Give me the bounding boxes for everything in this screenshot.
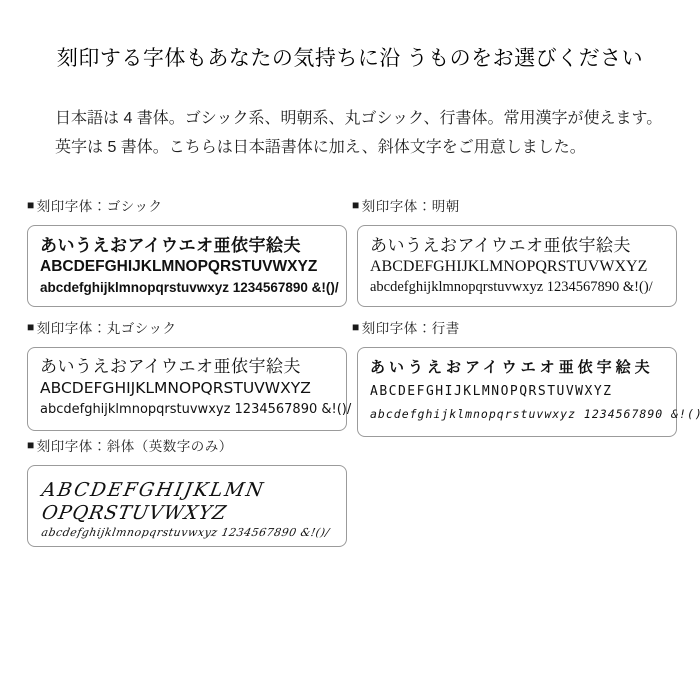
font-sample-gyosho: ■ 刻印字体：行書 あいうえおアイウエオ亜依宇絵夫 ABCDEFGHIJKLMN… xyxy=(357,318,677,437)
sample-line-japanese: あいうえおアイウエオ亜依宇絵夫 xyxy=(370,357,664,380)
sample-line-uppercase: ABCDEFGHIJKLMNOPQRSTUVWXYZ xyxy=(40,378,334,399)
sample-label-text: 刻印字体：ゴシック xyxy=(37,195,163,215)
sample-label-text: 刻印字体：丸ゴシック xyxy=(37,317,177,337)
sample-label-text: 刻印字体：斜体（英数字のみ） xyxy=(37,435,233,455)
sample-label-gothic: ■ 刻印字体：ゴシック xyxy=(27,196,347,213)
sample-line-uppercase: ABCDEFGHIJKLMNOPQRSTUVWXYZ xyxy=(40,256,334,277)
sample-label-text: 刻印字体：明朝 xyxy=(362,195,460,215)
square-bullet-icon: ■ xyxy=(352,198,360,212)
square-bullet-icon: ■ xyxy=(27,320,35,334)
sample-box-gyosho: あいうえおアイウエオ亜依宇絵夫 ABCDEFGHIJKLMNOPQRSTUVWX… xyxy=(357,347,677,437)
sample-line-uppercase: ABCDEFGHIJKLMNOPQRSTUVWXYZ xyxy=(370,380,664,403)
intro-text: 日本語は 4 書体。ゴシック系、明朝系、丸ゴシック、行書体。常用漢字が使えます。… xyxy=(55,104,655,162)
sample-line-lowercase: abcdefghijklmnopqrstuvwxyz 1234567890 &!… xyxy=(40,399,334,420)
sample-label-maru-gothic: ■ 刻印字体：丸ゴシック xyxy=(27,318,347,335)
sample-box-gothic: あいうえおアイウエオ亜依宇絵夫 ABCDEFGHIJKLMNOPQRSTUVWX… xyxy=(27,225,347,307)
sample-line-lowercase: abcdefghijklmnopqrstuvwxyz 1234567890 &!… xyxy=(370,403,664,426)
font-sample-maru-gothic: ■ 刻印字体：丸ゴシック あいうえおアイウエオ亜依宇絵夫 ABCDEFGHIJK… xyxy=(27,318,347,431)
sample-box-mincho: あいうえおアイウエオ亜依宇絵夫 ABCDEFGHIJKLMNOPQRSTUVWX… xyxy=(357,225,677,307)
font-sample-gothic: ■ 刻印字体：ゴシック あいうえおアイウエオ亜依宇絵夫 ABCDEFGHIJKL… xyxy=(27,196,347,307)
sample-label-gyosho: ■ 刻印字体：行書 xyxy=(352,318,677,335)
sample-line-lowercase: abcdefghijklmnopqrstuvwxyz 1234567890 &!… xyxy=(370,277,664,298)
sample-line-japanese: あいうえおアイウエオ亜依宇絵夫 xyxy=(40,235,334,256)
sample-label-mincho: ■ 刻印字体：明朝 xyxy=(352,196,677,213)
square-bullet-icon: ■ xyxy=(352,320,360,334)
sample-line-uppercase-o-z: OPQRSTUVWXYZ xyxy=(40,502,338,525)
square-bullet-icon: ■ xyxy=(27,438,35,452)
page-title: 刻印する字体もあなたの気持ちに沿 うものをお選びください xyxy=(0,42,700,72)
sample-line-lowercase: abcdefghijklmnopqrstuvwxyz 1234567890 &!… xyxy=(40,277,334,298)
sample-label-italic-script: ■ 刻印字体：斜体（英数字のみ） xyxy=(27,436,347,453)
square-bullet-icon: ■ xyxy=(27,198,35,212)
sample-line-japanese: あいうえおアイウエオ亜依宇絵夫 xyxy=(370,235,664,256)
sample-box-italic-script: ABCDEFGHIJKLMN OPQRSTUVWXYZ abcdefghijkl… xyxy=(27,465,347,547)
sample-line-uppercase-a-n: ABCDEFGHIJKLMN xyxy=(40,479,338,502)
font-sample-mincho: ■ 刻印字体：明朝 あいうえおアイウエオ亜依宇絵夫 ABCDEFGHIJKLMN… xyxy=(357,196,677,307)
intro-line-english-fonts: 英字は 5 書体。こちらは日本語書体に加え、斜体文字をご用意しました。 xyxy=(55,133,655,162)
intro-line-japanese-fonts: 日本語は 4 書体。ゴシック系、明朝系、丸ゴシック、行書体。常用漢字が使えます。 xyxy=(55,104,655,133)
sample-box-maru-gothic: あいうえおアイウエオ亜依宇絵夫 ABCDEFGHIJKLMNOPQRSTUVWX… xyxy=(27,347,347,431)
sample-line-japanese: あいうえおアイウエオ亜依宇絵夫 xyxy=(40,357,334,378)
font-sample-italic-script: ■ 刻印字体：斜体（英数字のみ） ABCDEFGHIJKLMN OPQRSTUV… xyxy=(27,436,347,547)
sample-line-lowercase: abcdefghijklmnopqrstuvwxyz 1234567890 &!… xyxy=(40,525,337,541)
sample-line-uppercase: ABCDEFGHIJKLMNOPQRSTUVWXYZ xyxy=(370,256,664,277)
sample-label-text: 刻印字体：行書 xyxy=(362,317,460,337)
